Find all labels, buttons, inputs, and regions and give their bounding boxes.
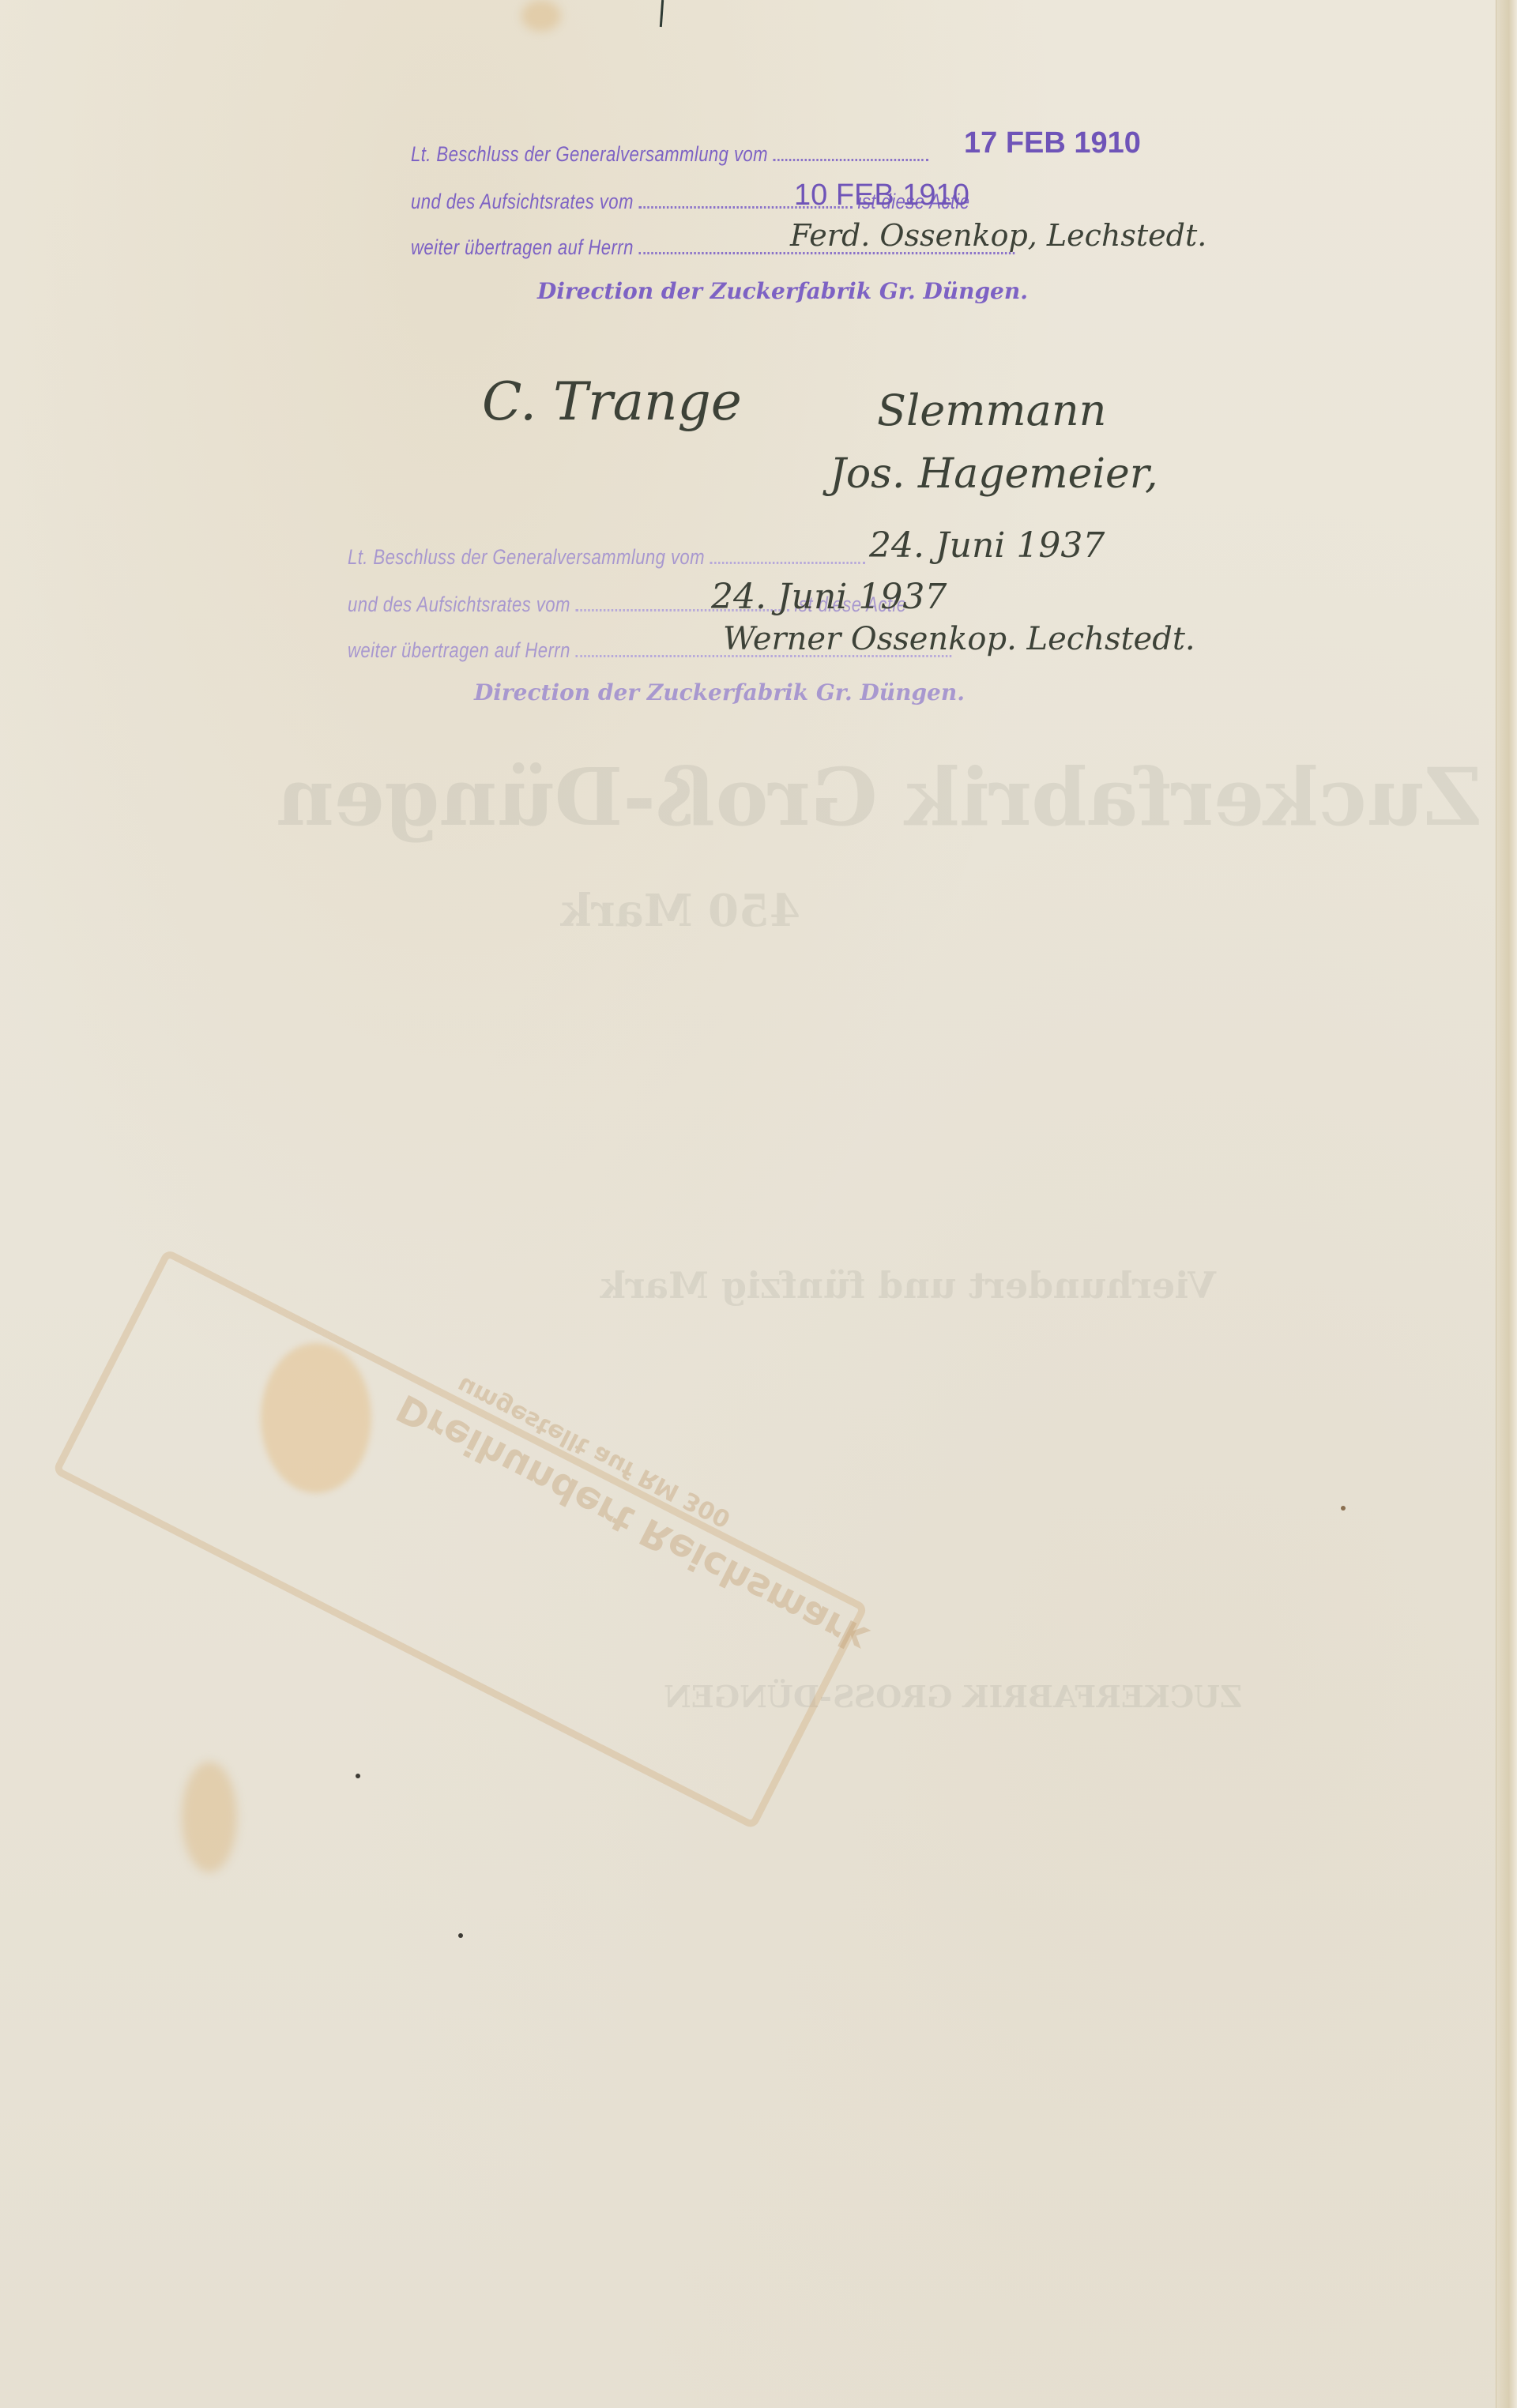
- transferee-1937: Werner Ossenkop. Lechstedt.: [723, 621, 1195, 657]
- bleed-through-amount: Vierhundert und fünfzig Mark: [600, 1264, 1216, 1307]
- bleed-through-denomination: 450 Mark: [561, 885, 800, 937]
- endorsement-1910-line2-label: und des Aufsichtsrates vom: [411, 190, 634, 213]
- bleed-through-title: Zuckerfabrik Groß-Düngen: [277, 751, 1481, 844]
- endorsement-1937-line2-label: und des Aufsichtsrates vom: [348, 593, 570, 616]
- dotted-field: [774, 159, 929, 161]
- stain: [521, 0, 561, 32]
- general-meeting-date-1910: 17 FEB 1910: [964, 126, 1141, 160]
- signature-trange: C. Trange: [482, 371, 742, 432]
- signature-slemmann: Slemmann: [877, 386, 1106, 435]
- paper-background: [0, 0, 1517, 2408]
- endorsement-1910-line1-label: Lt. Beschluss der Generalversammlung vom: [411, 142, 768, 166]
- dotted-field: [710, 562, 866, 564]
- issuer-1910: Direction der Zuckerfabrik Gr. Düngen.: [537, 278, 1028, 304]
- signature-hagemeier: Jos. Hagemeier,: [830, 450, 1158, 498]
- transferee-1910: Ferd. Ossenkop, Lechstedt.: [790, 218, 1206, 253]
- stain: [182, 1762, 237, 1872]
- endorsement-1910-line3-label: weiter übertragen auf Herrn: [411, 235, 634, 259]
- board-date-1937: 24. Juni 1937: [711, 577, 947, 617]
- seal-stain: [261, 1343, 371, 1493]
- paper-right-edge: [1496, 0, 1517, 2408]
- speck: [1341, 1506, 1346, 1511]
- issuer-1937: Direction der Zuckerfabrik Gr. Düngen.: [474, 679, 965, 705]
- general-meeting-date-1937: 24. Juni 1937: [869, 525, 1105, 566]
- speck: [356, 1774, 360, 1778]
- board-date-1910: 10 FEB 1910: [794, 179, 969, 213]
- endorsement-1937-line3-label: weiter übertragen auf Herrn: [348, 638, 570, 662]
- endorsement-1937-line1-label: Lt. Beschluss der Generalversammlung vom: [348, 545, 705, 569]
- speck: [458, 1933, 463, 1938]
